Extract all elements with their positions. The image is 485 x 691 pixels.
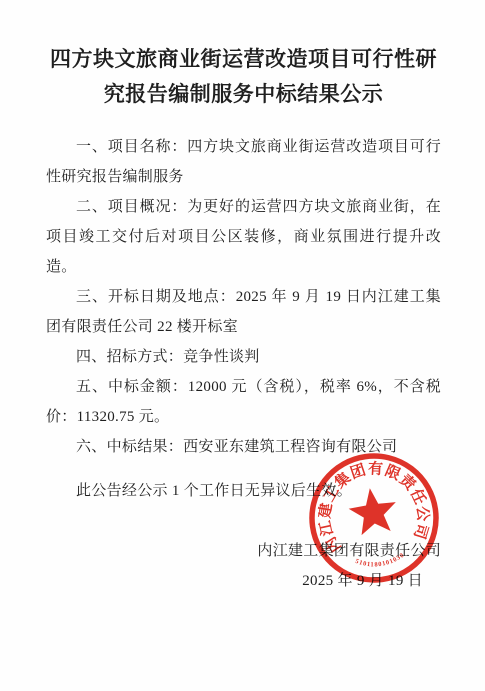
paragraph-bid-opening-date-location: 三、开标日期及地点：2025 年 9 月 19 日内江建工集团有限责任公司 22… (46, 282, 441, 342)
paragraph-bid-amount: 五、中标金额：12000 元（含税），税率 6%，不含税价：11320.75 元… (46, 372, 441, 432)
closing-statement: 此公告经公示 1 个工作日无异议后生效。 (46, 476, 441, 506)
paragraph-project-name: 一、项目名称：四方块文旅商业街运营改造项目可行性研究报告编制服务 (46, 132, 441, 192)
title-line-1: 四方块文旅商业街运营改造项目可行性研 (46, 42, 441, 77)
document-page: 四方块文旅商业街运营改造项目可行性研 究报告编制服务中标结果公示 一、项目名称：… (0, 0, 485, 691)
signature-company: 内江建工集团有限责任公司 (46, 536, 441, 566)
signature-block: 内江建工集团有限责任公司 2025 年 9 月 19 日 (46, 536, 441, 596)
signature-date: 2025 年 9 月 19 日 (46, 566, 441, 596)
document-content: 四方块文旅商业街运营改造项目可行性研 究报告编制服务中标结果公示 一、项目名称：… (0, 0, 485, 596)
paragraph-bid-result: 六、中标结果：西安亚东建筑工程咨询有限公司 (46, 432, 441, 462)
paragraph-tender-method: 四、招标方式：竞争性谈判 (46, 342, 441, 372)
document-title: 四方块文旅商业街运营改造项目可行性研 究报告编制服务中标结果公示 (46, 42, 441, 112)
title-line-2: 究报告编制服务中标结果公示 (46, 77, 441, 112)
paragraph-project-overview: 二、项目概况：为更好的运营四方块文旅商业街，在项目竣工交付后对项目公区装修，商业… (46, 192, 441, 282)
